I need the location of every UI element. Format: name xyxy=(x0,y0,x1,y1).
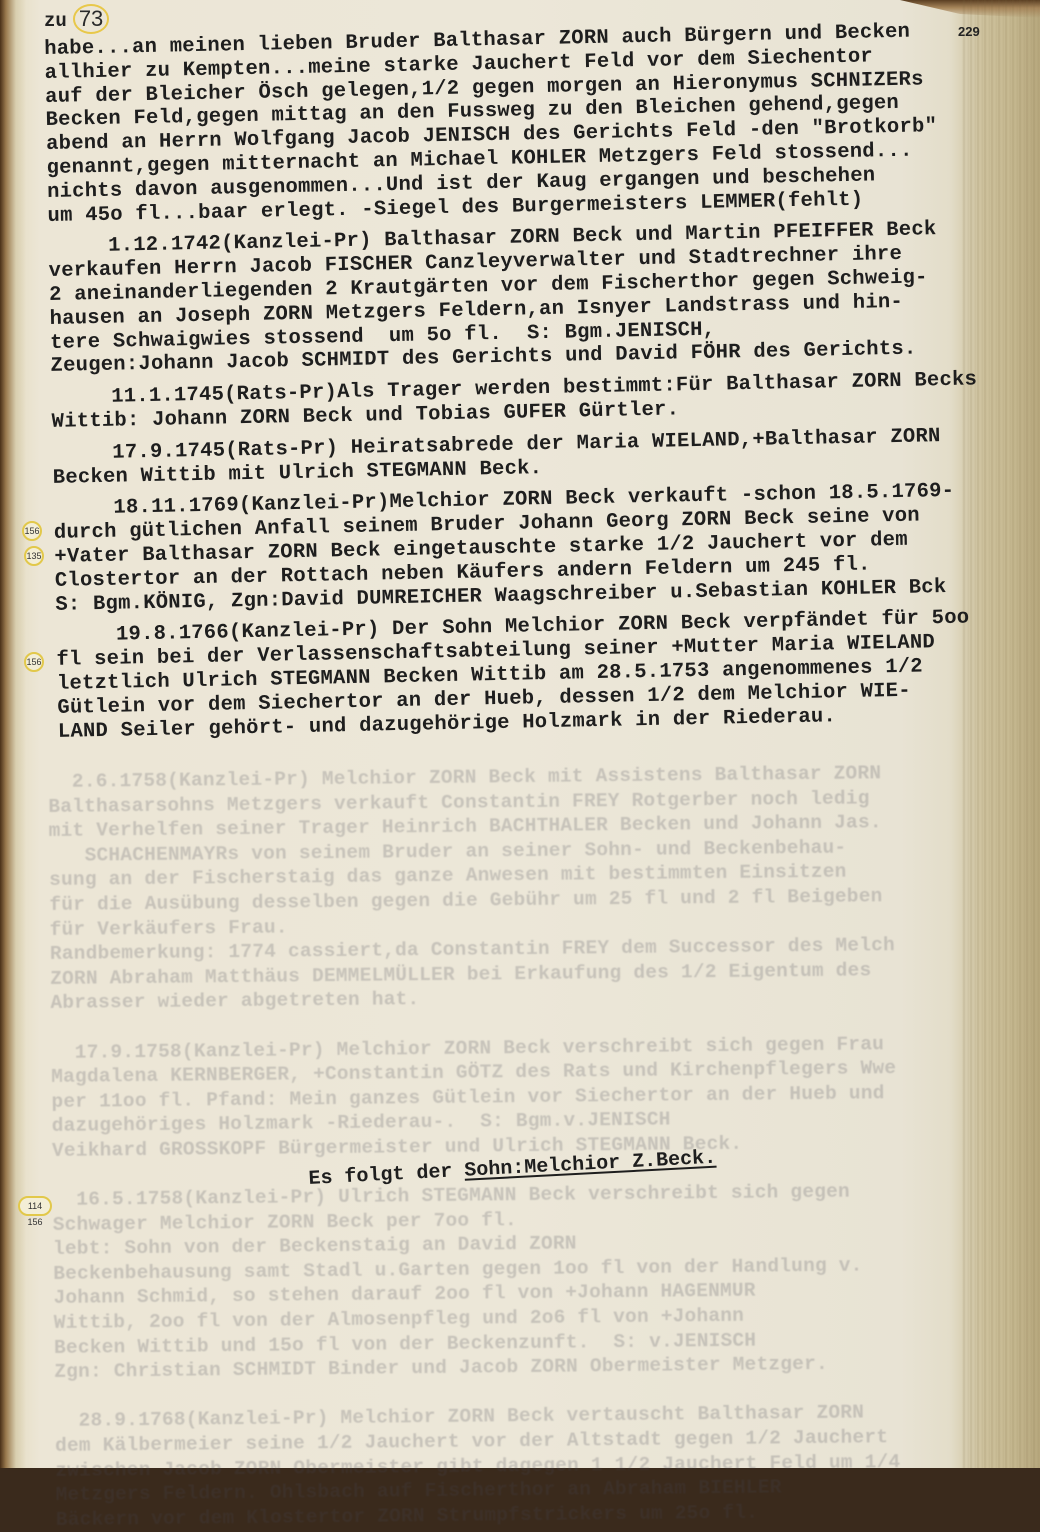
bleed-through-text: 2.6.1758(Kanzlei-Pr) Melchior ZORN Beck … xyxy=(48,760,1040,1468)
book-page: 2.6.1758(Kanzlei-Pr) Melchior ZORN Beck … xyxy=(0,0,1040,1468)
margin-mark: 114 156 xyxy=(18,1196,52,1216)
margin-mark: 156 xyxy=(24,652,44,672)
typewritten-text: habe...an meinen lieben Bruder Balthasar… xyxy=(44,18,1038,744)
reference-number: 73 xyxy=(73,4,109,34)
reference-prefix: zu xyxy=(44,10,67,32)
margin-mark: 156 xyxy=(22,521,42,541)
cross-reference: zu73 xyxy=(44,4,109,34)
margin-mark: 135 xyxy=(24,546,44,566)
book-gutter xyxy=(0,0,26,1468)
